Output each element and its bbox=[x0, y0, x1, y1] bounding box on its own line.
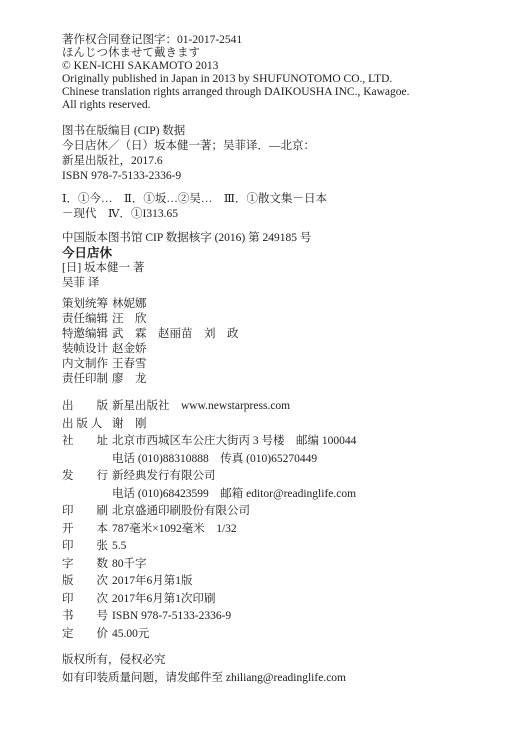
cip-record: 今日店休／（日）坂本健一著；吴菲译．—北京： 新星出版社，2017.6 ISBN… bbox=[62, 139, 490, 184]
rights-warning-line: 版权所有，侵权必究 bbox=[62, 651, 490, 669]
quality-contact-line: 如有印装质量问题，请发邮件至 zhiliang@readinglife.com bbox=[62, 669, 490, 687]
book-author: [日] 坂本健一 著 bbox=[62, 261, 490, 276]
publishing-value: 新星出版社 www.newstarpress.com bbox=[112, 398, 290, 416]
credit-label: 责任编辑 bbox=[62, 312, 112, 327]
publishing-details: 出 版 新星出版社 www.newstarpress.com 出 版 人 谢 刚… bbox=[62, 398, 490, 643]
publishing-label: 版 次 bbox=[62, 573, 112, 591]
title-block: 今日店休 [日] 坂本健一 著 吴菲 译 bbox=[62, 246, 490, 291]
cip-record-line: 新星出版社，2017.6 bbox=[62, 154, 490, 169]
cip-classification-line: －现代 Ⅳ．①I313.65 bbox=[62, 207, 490, 222]
credit-row: 责任印制 廖 龙 bbox=[62, 372, 490, 387]
publishing-label: 定 价 bbox=[62, 626, 112, 644]
footer-block: 版权所有，侵权必究 如有印装质量问题，请发邮件至 zhiliang@readin… bbox=[62, 651, 490, 687]
publishing-value: 787毫米×1092毫米 1/32 bbox=[112, 521, 237, 539]
all-rights-reserved-line: All rights reserved. bbox=[62, 99, 490, 112]
publishing-value: 5.5 bbox=[112, 538, 126, 556]
publishing-row: 印 张 5.5 bbox=[62, 538, 490, 556]
publishing-row: 电话 (010)68423599 邮箱 editor@readinglife.c… bbox=[62, 486, 490, 504]
publishing-value: 电话 (010)88310888 传真 (010)65270449 bbox=[112, 451, 317, 469]
credit-label: 装帧设计 bbox=[62, 342, 112, 357]
publishing-row: 发 行 新经典发行有限公司 bbox=[62, 468, 490, 486]
credit-row: 责任编辑 汪 欣 bbox=[62, 312, 490, 327]
cip-header: 图书在版编目 (CIP) 数据 bbox=[62, 124, 490, 139]
publishing-label: 印 刷 bbox=[62, 503, 112, 521]
credit-label: 内文制作 bbox=[62, 357, 112, 372]
publishing-value: 45.00元 bbox=[112, 626, 149, 644]
credit-label: 责任印制 bbox=[62, 372, 112, 387]
credit-value: 赵金娇 bbox=[112, 342, 147, 357]
publishing-row: 出 版 新星出版社 www.newstarpress.com bbox=[62, 398, 490, 416]
japanese-original-title: ほんじつ休ませて戴きます bbox=[62, 47, 490, 60]
book-translator: 吴菲 译 bbox=[62, 276, 490, 291]
cip-record-line: 今日店休／（日）坂本健一著；吴菲译．—北京： bbox=[62, 139, 490, 154]
cip-classification-line: Ⅰ．①今… Ⅱ．①坂…②吴… Ⅲ．①散文集－日本 bbox=[62, 192, 490, 207]
publishing-value: 80千字 bbox=[112, 556, 147, 574]
credit-row: 特邀编辑 武 霖 赵丽苗 刘 政 bbox=[62, 327, 490, 342]
publishing-value: 2017年6月第1次印刷 bbox=[112, 591, 216, 609]
publishing-value: 谢 刚 bbox=[112, 416, 147, 434]
publishing-label: 书 号 bbox=[62, 608, 112, 626]
publishing-row: 印 刷 北京盛通印刷股份有限公司 bbox=[62, 503, 490, 521]
publishing-row: 社 址 北京市西城区车公庄大街丙 3 号楼 邮编 100044 bbox=[62, 433, 490, 451]
publishing-label: 印 次 bbox=[62, 591, 112, 609]
publishing-value: 北京盛通印刷股份有限公司 bbox=[112, 503, 250, 521]
publishing-row: 电话 (010)88310888 传真 (010)65270449 bbox=[62, 451, 490, 469]
publishing-label: 印 张 bbox=[62, 538, 112, 556]
publishing-row: 开 本 787毫米×1092毫米 1/32 bbox=[62, 521, 490, 539]
publishing-value: 2017年6月第1版 bbox=[112, 573, 193, 591]
credit-row: 装帧设计 赵金娇 bbox=[62, 342, 490, 357]
publishing-row: 字 数 80千字 bbox=[62, 556, 490, 574]
publishing-label: 社 址 bbox=[62, 433, 112, 451]
credit-value: 林妮娜 bbox=[112, 297, 147, 312]
rights-block: ほんじつ休ませて戴きます © KEN-ICHI SAKAMOTO 2013 Or… bbox=[62, 47, 490, 112]
translation-rights-line: Chinese translation rights arranged thro… bbox=[62, 86, 490, 99]
publishing-row: 定 价 45.00元 bbox=[62, 626, 490, 644]
publishing-row: 版 次 2017年6月第1版 bbox=[62, 573, 490, 591]
publishing-value: 北京市西城区车公庄大街丙 3 号楼 邮编 100044 bbox=[112, 433, 356, 451]
credit-value: 廖 龙 bbox=[112, 372, 147, 387]
publishing-label: 发 行 bbox=[62, 468, 112, 486]
credit-label: 特邀编辑 bbox=[62, 327, 112, 342]
credit-value: 王春雪 bbox=[112, 357, 147, 372]
cip-record-line: ISBN 978-7-5133-2336-9 bbox=[62, 169, 490, 184]
copyright-page: 著作权合同登记图字：01-2017-2541 ほんじつ休ませて戴きます © KE… bbox=[0, 0, 520, 740]
credit-row: 策划统筹 林妮娜 bbox=[62, 297, 490, 312]
publishing-row: 书 号 ISBN 978-7-5133-2336-9 bbox=[62, 608, 490, 626]
publishing-label: 字 数 bbox=[62, 556, 112, 574]
original-publisher-line: Originally published in Japan in 2013 by… bbox=[62, 73, 490, 86]
credit-label: 策划统筹 bbox=[62, 297, 112, 312]
credit-value: 汪 欣 bbox=[112, 312, 147, 327]
cip-number-line: 中国版本图书馆 CIP 数据核字 (2016) 第 249185 号 bbox=[62, 231, 490, 246]
credits-list: 策划统筹 林妮娜 责任编辑 汪 欣 特邀编辑 武 霖 赵丽苗 刘 政 装帧设计 … bbox=[62, 297, 490, 387]
publishing-value: 新经典发行有限公司 bbox=[112, 468, 216, 486]
publishing-value: ISBN 978-7-5133-2336-9 bbox=[112, 608, 231, 626]
publishing-label: 开 本 bbox=[62, 521, 112, 539]
cip-classification: Ⅰ．①今… Ⅱ．①坂…②吴… Ⅲ．①散文集－日本 －现代 Ⅳ．①I313.65 bbox=[62, 192, 490, 222]
publishing-label: 出 版 bbox=[62, 398, 112, 416]
publishing-label: 出 版 人 bbox=[62, 416, 112, 434]
publishing-row: 出 版 人 谢 刚 bbox=[62, 416, 490, 434]
publishing-row: 印 次 2017年6月第1次印刷 bbox=[62, 591, 490, 609]
copyright-line: © KEN-ICHI SAKAMOTO 2013 bbox=[62, 60, 490, 73]
publishing-value: 电话 (010)68423599 邮箱 editor@readinglife.c… bbox=[112, 486, 356, 504]
credit-row: 内文制作 王春雪 bbox=[62, 357, 490, 372]
registration-line: 著作权合同登记图字：01-2017-2541 bbox=[62, 33, 490, 47]
book-title: 今日店休 bbox=[62, 246, 490, 261]
credit-value: 武 霖 赵丽苗 刘 政 bbox=[112, 327, 239, 342]
